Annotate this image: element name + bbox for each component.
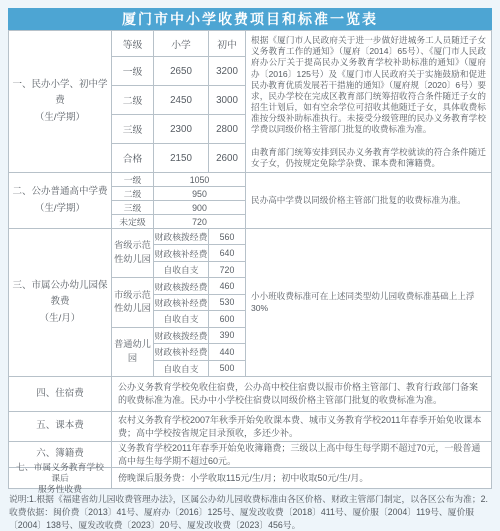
fee-value: 530 bbox=[209, 295, 245, 310]
funding-type: 财政核拨经费 bbox=[154, 278, 208, 293]
page: 厦门市中小学收费项目和标准一览表 一、民办小学、初中学费 （生/学期） 等级 小… bbox=[0, 0, 500, 531]
grade-fee-grid: 等级 小学 初中 一级 2650 3200 二级 2450 3000 三级 23… bbox=[112, 31, 245, 172]
category-line1: 六、簿籍费 bbox=[36, 446, 84, 462]
section-text: 农村义务教育学校2007年秋季开始免收课本费、城市义务教育学校2011年春季开始… bbox=[112, 412, 491, 441]
category-cell: 四、住宿费 bbox=[9, 377, 111, 411]
funding-type: 自收自支 bbox=[154, 361, 208, 376]
section-text: 公办义务教育学校免收住宿费，公办高中校住宿费以报市价格主管部门、教育行政部门备案… bbox=[112, 377, 491, 411]
kindergarten-fee-grid: 省级示范性幼儿园 财政核拨经费 560 财政核补经费 640 自收自支 720 … bbox=[112, 229, 245, 376]
col-header-grade: 等级 bbox=[112, 31, 153, 56]
fee-value: 440 bbox=[209, 344, 245, 359]
footnotes: 说明:1.根据《福建省幼儿园收费管理办法》，区属公办幼儿园收费标准由各区价格、财… bbox=[8, 489, 492, 531]
category-line1: 一、民办小学、初中学费 bbox=[12, 77, 108, 109]
funding-type: 自收自支 bbox=[154, 311, 208, 326]
section-kindergarten-fee: 三、市属公办幼儿园保教费 （生/月） 省级示范性幼儿园 财政核拨经费 560 财… bbox=[9, 229, 491, 376]
fee-table: 一、民办小学、初中学费 （生/学期） 等级 小学 初中 一级 2650 3200… bbox=[8, 30, 492, 489]
grade-fee-grid: 一级 1050 二级 950 三级 900 未定级 720 bbox=[112, 173, 245, 228]
category-line2: （生/月） bbox=[40, 311, 81, 327]
category-line1: 二、公办普通高中学费 bbox=[12, 184, 107, 200]
fee-value: 500 bbox=[209, 361, 245, 376]
section-text: 傍晚课后服务费：小学收取115元/生/月；初中收取50元/生/月。 bbox=[112, 468, 491, 488]
section-public-highschool-tuition: 二、公办普通高中学费 （生/学期） 一级 1050 二级 950 三级 900 … bbox=[9, 173, 491, 228]
fee-value: 720 bbox=[209, 262, 245, 277]
remark-cell: 民办高中学费以同级价格主管部门批复的收费标准为准。 bbox=[246, 173, 491, 228]
category-cell: 一、民办小学、初中学费 （生/学期） bbox=[9, 31, 111, 172]
category-cell: 五、课本费 bbox=[9, 412, 111, 441]
fee-value: 1050 bbox=[154, 173, 245, 186]
funding-type: 自收自支 bbox=[154, 262, 208, 277]
category-line1: 五、课本费 bbox=[36, 418, 84, 434]
fee-value: 2450 bbox=[154, 86, 208, 114]
fee-value: 720 bbox=[154, 215, 245, 228]
grade-label: 合格 bbox=[112, 144, 153, 172]
category-line1: 四、住宿费 bbox=[36, 386, 84, 402]
section-text: 义务教育学校2011年春季开始免收簿籍费；三级以上高中每生每学期不超过70元，一… bbox=[112, 442, 491, 467]
kindergarten-type: 普通幼儿园 bbox=[112, 328, 153, 376]
funding-type: 财政核拨经费 bbox=[154, 229, 208, 244]
kindergarten-type: 市级示范性幼儿园 bbox=[112, 278, 153, 326]
fee-value: 950 bbox=[154, 187, 245, 200]
col-header-primary: 小学 bbox=[154, 31, 208, 56]
section-textbook-fee: 五、课本费 农村义务教育学校2007年秋季开始免收课本费、城市义务教育学校201… bbox=[9, 412, 491, 441]
funding-type: 财政核拨经费 bbox=[154, 328, 208, 343]
kindergarten-type: 省级示范性幼儿园 bbox=[112, 229, 153, 277]
fee-value: 2650 bbox=[154, 57, 208, 85]
fee-value: 2150 bbox=[154, 144, 208, 172]
remark-paragraph-1: 根据《厦门市人民政府关于进一步做好进城务工人员随迁子女义务教育工作的通知》（厦府… bbox=[251, 35, 486, 136]
fee-value: 640 bbox=[209, 245, 245, 260]
category-line2: （生/学期） bbox=[35, 110, 85, 126]
fee-value: 460 bbox=[209, 278, 245, 293]
fee-value: 900 bbox=[154, 201, 245, 214]
category-line1: 七、市属义务教育学校课后 bbox=[12, 462, 108, 484]
remark-cell: 根据《厦门市人民政府关于进一步做好进城务工人员随迁子女义务教育工作的通知》（厦府… bbox=[246, 31, 491, 172]
fee-value: 390 bbox=[209, 328, 245, 343]
funding-type: 财政核补经费 bbox=[154, 344, 208, 359]
grade-label: 三级 bbox=[112, 115, 153, 143]
category-cell: 三、市属公办幼儿园保教费 （生/月） bbox=[9, 229, 111, 376]
remark-cell: 小小班收费标准可在上述同类型幼儿园收费标准基础上上浮30% bbox=[246, 229, 491, 376]
grade-label: 二级 bbox=[112, 187, 153, 200]
fee-value: 2300 bbox=[154, 115, 208, 143]
category-line2: （生/学期） bbox=[35, 201, 85, 217]
funding-type: 财政核补经费 bbox=[154, 295, 208, 310]
category-line1: 三、市属公办幼儿园保教费 bbox=[12, 278, 108, 310]
section-accommodation-fee: 四、住宿费 公办义务教育学校免收住宿费，公办高中校住宿费以报市价格主管部门、教育… bbox=[9, 377, 491, 411]
fee-value: 3000 bbox=[209, 86, 245, 114]
page-title: 厦门市中小学收费项目和标准一览表 bbox=[8, 8, 492, 30]
category-cell: 七、市属义务教育学校课后 服务性收费 bbox=[9, 468, 111, 488]
col-header-junior: 初中 bbox=[209, 31, 245, 56]
category-cell: 二、公办普通高中学费 （生/学期） bbox=[9, 173, 111, 228]
fee-value: 600 bbox=[209, 311, 245, 326]
fee-value: 2800 bbox=[209, 115, 245, 143]
grade-label: 一级 bbox=[112, 173, 153, 186]
grade-label: 二级 bbox=[112, 86, 153, 114]
section-private-primary-tuition: 一、民办小学、初中学费 （生/学期） 等级 小学 初中 一级 2650 3200… bbox=[9, 31, 491, 172]
section-afterschool-service-fee: 七、市属义务教育学校课后 服务性收费 傍晚课后服务费：小学收取115元/生/月；… bbox=[9, 468, 491, 488]
fee-value: 560 bbox=[209, 229, 245, 244]
grade-label: 三级 bbox=[112, 201, 153, 214]
funding-type: 财政核补经费 bbox=[154, 245, 208, 260]
fee-value: 2600 bbox=[209, 144, 245, 172]
grade-label: 一级 bbox=[112, 57, 153, 85]
grade-label: 未定级 bbox=[112, 215, 153, 228]
remark-paragraph-2: 由教育部门统筹安排到民办义务教育学校就读的符合条件随迁女子女，仍按规定免除学杂费… bbox=[251, 147, 486, 169]
fee-value: 3200 bbox=[209, 57, 245, 85]
